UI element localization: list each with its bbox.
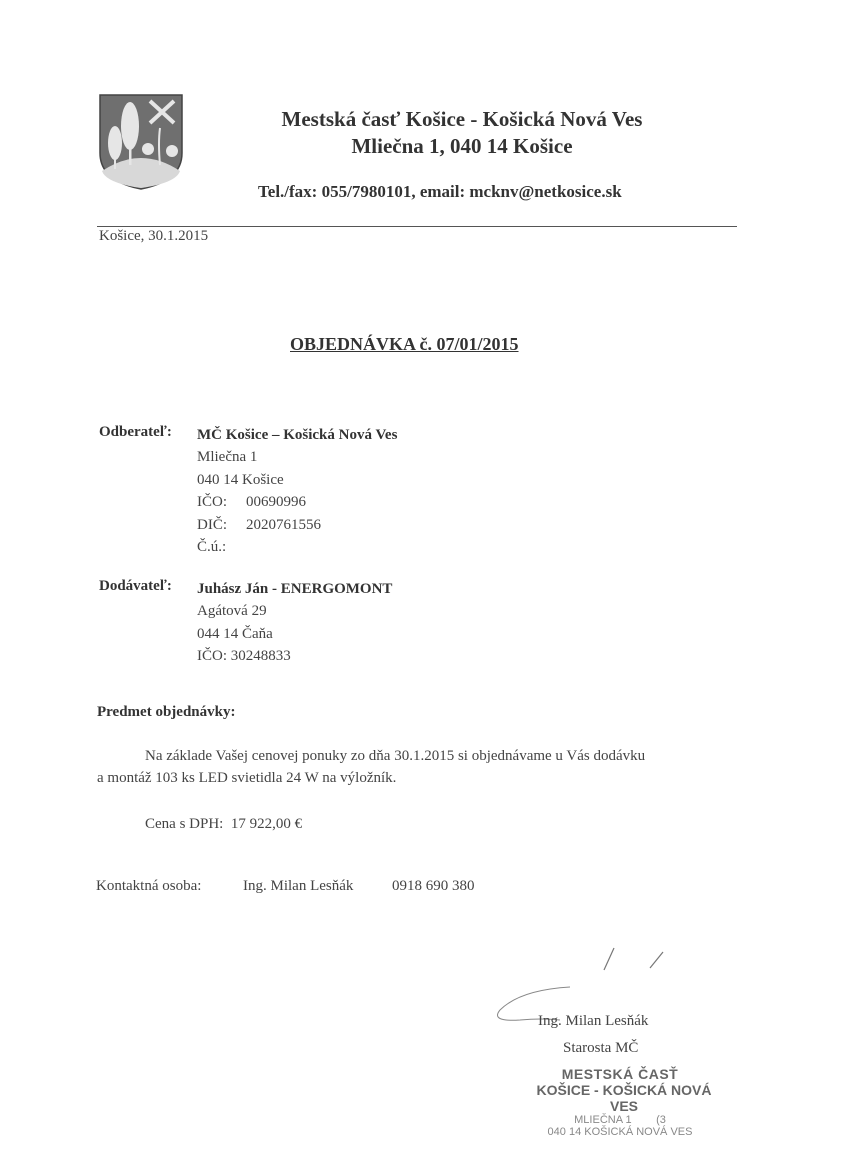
customer-city: 040 14 Košice xyxy=(197,469,397,492)
organization-contact: Tel./fax: 055/7980101, email: mcknv@netk… xyxy=(258,182,622,202)
customer-street: Mliečna 1 xyxy=(197,446,397,469)
customer-name: MČ Košice – Košická Nová Ves xyxy=(197,424,397,446)
supplier-city: 044 14 Čaňa xyxy=(197,623,392,646)
customer-block: MČ Košice – Košická Nová Ves Mliečna 1 0… xyxy=(197,424,397,559)
contact-person-label: Kontaktná osoba: xyxy=(96,875,201,898)
customer-ico: IČO:00690996 xyxy=(197,491,397,514)
price-line: Cena s DPH: 17 922,00 € xyxy=(145,813,302,836)
official-stamp: MESTSKÁ ČASŤ KOŠICE - KOŠICKÁ NOVÁ VES M… xyxy=(520,1066,720,1138)
supplier-block: Juhász Ján - ENERGOMONT Agátová 29 044 1… xyxy=(197,578,392,668)
header-divider xyxy=(97,226,737,227)
supplier-street: Agátová 29 xyxy=(197,600,392,623)
organization-address: Mliečna 1, 040 14 Košice xyxy=(262,134,662,159)
price-value: 17 922,00 € xyxy=(231,816,302,832)
coat-of-arms-icon xyxy=(98,93,184,191)
customer-dic: DIČ:2020761556 xyxy=(197,514,397,537)
signatory-role: Starosta MČ xyxy=(563,1037,638,1060)
supplier-label: Dodávateľ: xyxy=(99,578,172,595)
subject-text: Na základe Vašej cenovej ponuky zo dňa 3… xyxy=(97,745,767,789)
customer-label: Odberateľ: xyxy=(99,424,172,441)
contact-person-phone: 0918 690 380 xyxy=(392,875,475,898)
order-title: OBJEDNÁVKA č. 07/01/2015 xyxy=(290,334,519,355)
document-date: Košice, 30.1.2015 xyxy=(99,228,208,245)
supplier-name: Juhász Ján - ENERGOMONT xyxy=(197,578,392,600)
signatory-name: Ing. Milan Lesňák xyxy=(538,1010,648,1033)
subject-heading: Predmet objednávky: xyxy=(97,704,235,721)
contact-person-name: Ing. Milan Lesňák xyxy=(243,875,353,898)
organization-name: Mestská časť Košice - Košická Nová Ves xyxy=(262,107,662,132)
supplier-ico: IČO: 30248833 xyxy=(197,645,392,668)
customer-account: Č.ú.: xyxy=(197,536,397,559)
